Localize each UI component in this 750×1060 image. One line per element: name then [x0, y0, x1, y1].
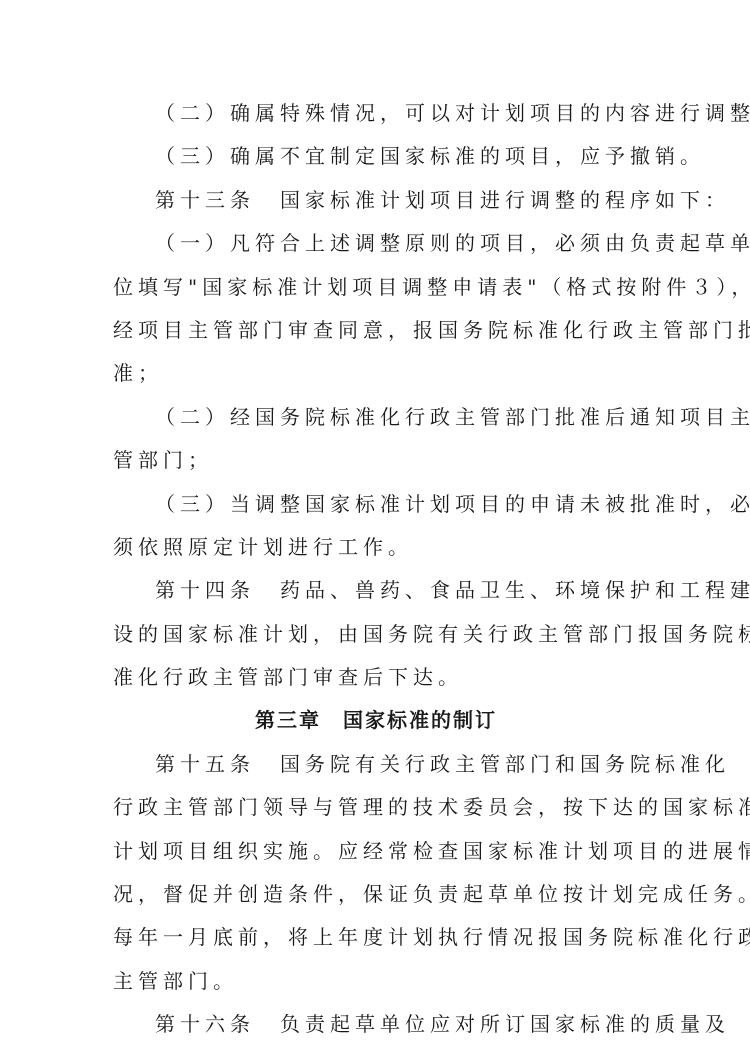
paragraph-line: 位填写"国家标准计划项目调整申请表"（格式按附件３）， [113, 266, 639, 309]
paragraph-line: （二）确属特殊情况，可以对计划项目的内容进行调整； [113, 92, 639, 135]
article-15-line: 第十五条 国务院有关行政主管部门和国务院标准化 [113, 743, 639, 786]
paragraph-line: 设的国家标准计划，由国务院有关行政主管部门报国务院标 [113, 613, 639, 656]
paragraph-line: （三）当调整国家标准计划项目的申请未被批准时，必 [113, 483, 639, 526]
chapter-heading: 第三章 国家标准的制订 [113, 699, 639, 742]
paragraph-line: 准； [113, 352, 639, 395]
article-13-line: 第十三条 国家标准计划项目进行调整的程序如下： [113, 179, 639, 222]
paragraph-line: 每年一月底前，将上年度计划执行情况报国务院标准化行政 [113, 916, 639, 959]
paragraph-line: 况，督促并创造条件，保证负责起草单位按计划完成任务。 [113, 873, 639, 916]
paragraph-line: （一）凡符合上述调整原则的项目，必须由负责起草单 [113, 222, 639, 265]
article-14-line: 第十四条 药品、兽药、食品卫生、环境保护和工程建 [113, 569, 639, 612]
document-page: （二）确属特殊情况，可以对计划项目的内容进行调整； （三）确属不宜制定国家标准的… [113, 92, 639, 1047]
paragraph-line: （三）确属不宜制定国家标准的项目，应予撤销。 [113, 135, 639, 178]
paragraph-line: 准化行政主管部门审查后下达。 [113, 656, 639, 699]
paragraph-line: 经项目主管部门审查同意，报国务院标准化行政主管部门批 [113, 309, 639, 352]
paragraph-line: 主管部门。 [113, 960, 639, 1003]
paragraph-line: （二）经国务院标准化行政主管部门批准后通知项目主 [113, 396, 639, 439]
paragraph-line: 行政主管部门领导与管理的技术委员会，按下达的国家标准 [113, 786, 639, 829]
paragraph-line: 管部门； [113, 439, 639, 482]
article-16-line: 第十六条 负责起草单位应对所订国家标准的质量及 [113, 1003, 639, 1046]
paragraph-line: 须依照原定计划进行工作。 [113, 526, 639, 569]
paragraph-line: 计划项目组织实施。应经常检查国家标准计划项目的进展情 [113, 830, 639, 873]
